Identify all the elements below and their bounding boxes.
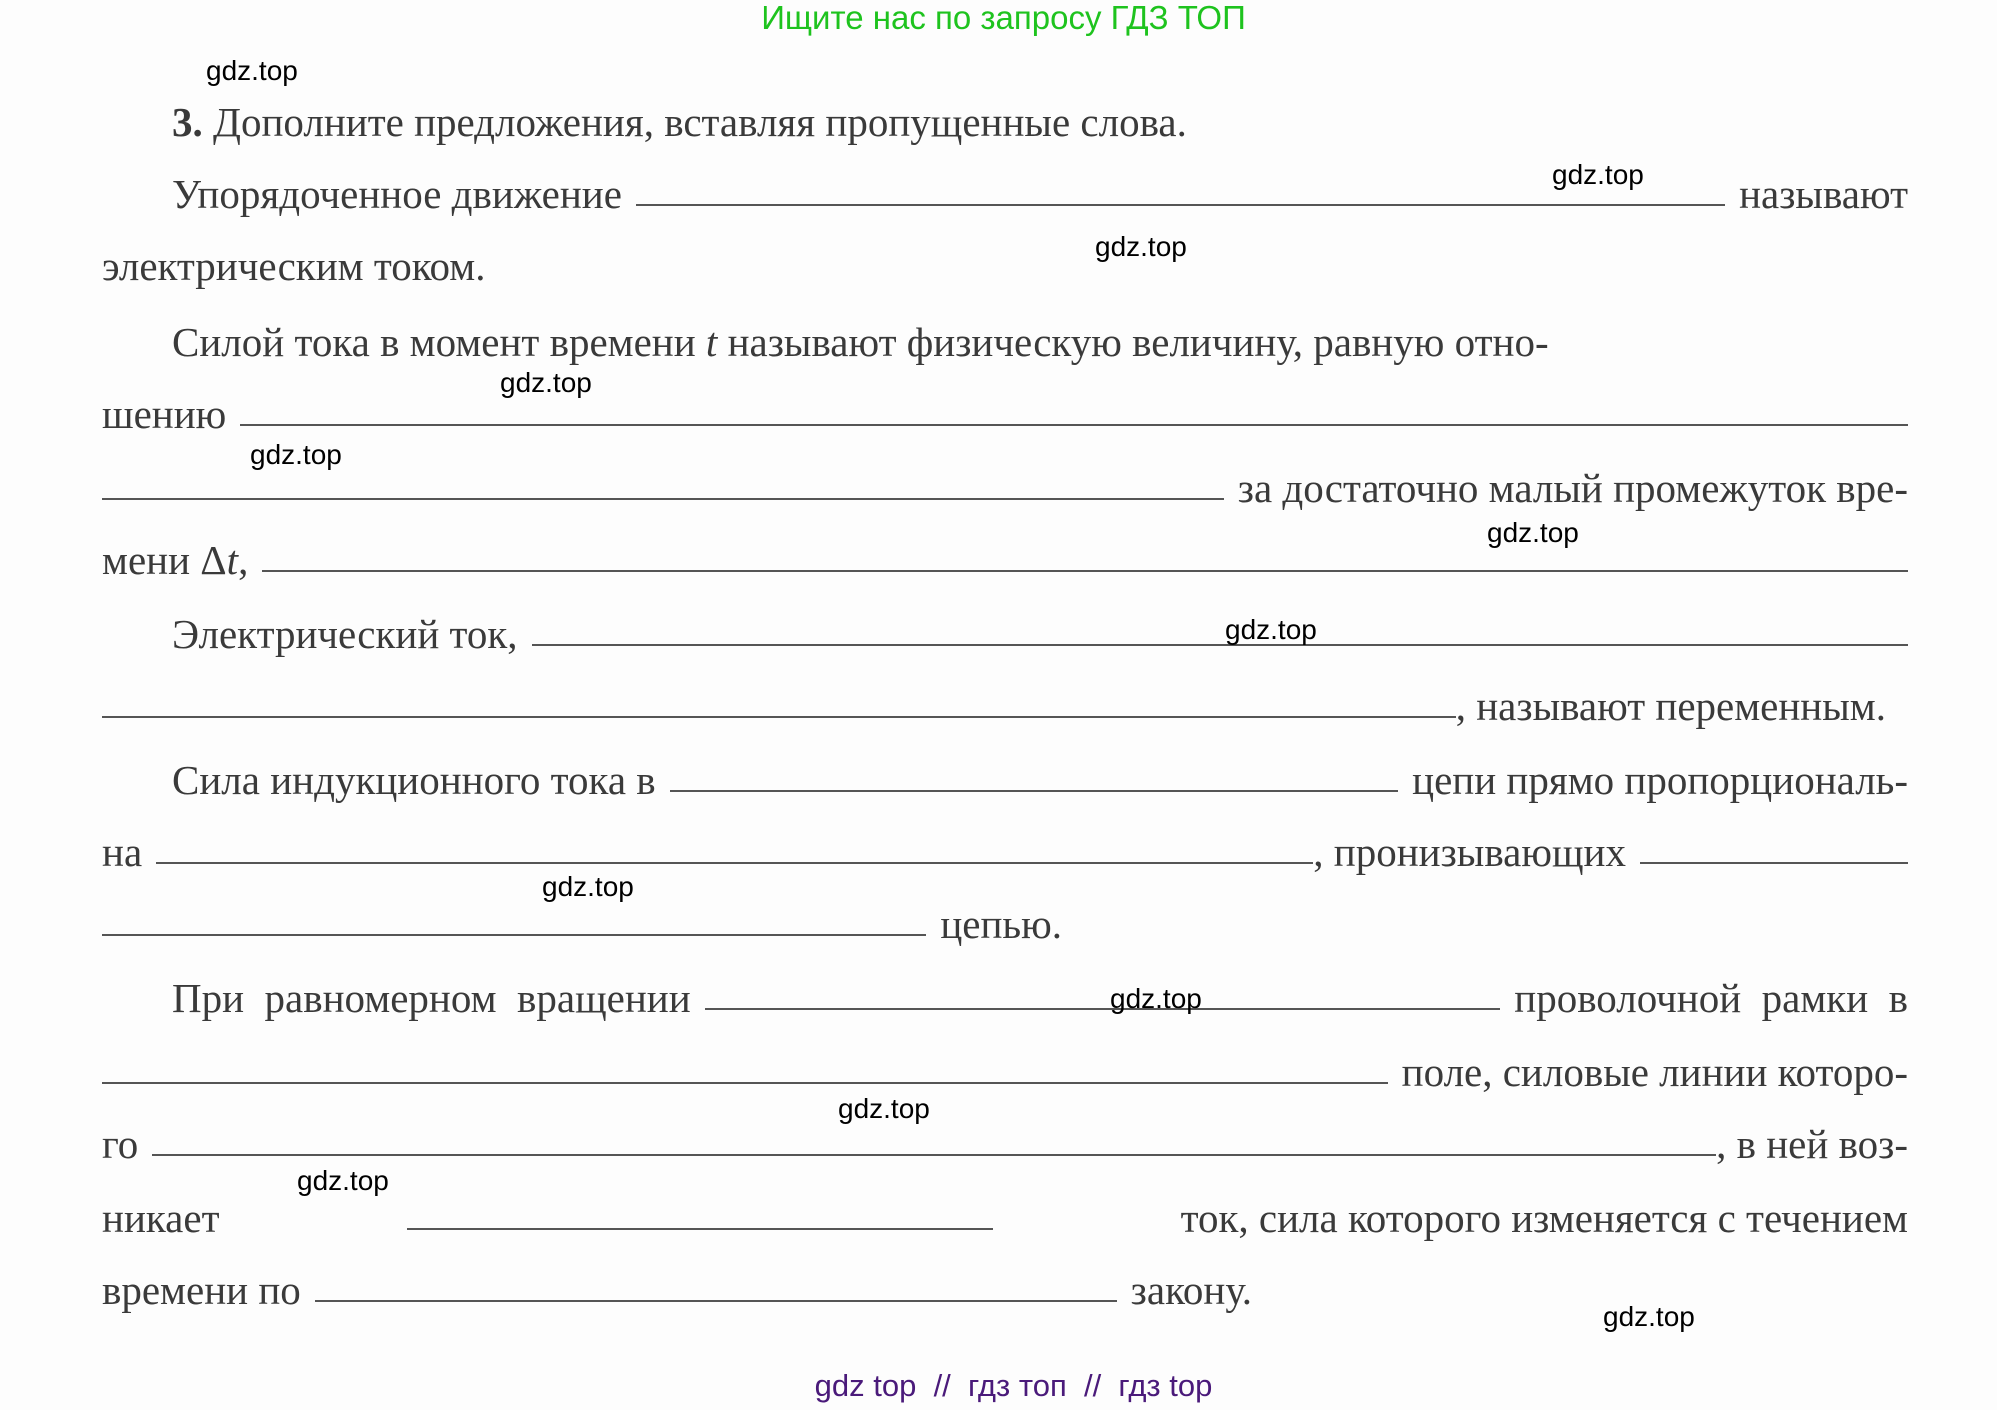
sentence-line: никает ток, сила которого изменяется с т… xyxy=(102,1190,1908,1246)
answer-blank[interactable] xyxy=(102,934,926,936)
answer-blank[interactable] xyxy=(156,862,1313,864)
task-number: 3. xyxy=(172,94,203,150)
task-instruction: Дополните предложения, вставляя пропущен… xyxy=(213,94,1187,150)
task-heading: 3. Дополните предложения, вставляя пропу… xyxy=(172,94,1912,150)
sentence-line: шению xyxy=(102,386,1908,442)
answer-blank[interactable] xyxy=(705,1008,1501,1010)
watermark: gdz.top xyxy=(206,56,298,86)
search-banner: Ищите нас по запросу ГДЗ ТОП xyxy=(0,0,1997,36)
answer-blank[interactable] xyxy=(152,1154,1716,1156)
sentence-line: на , пронизывающих xyxy=(102,824,1908,880)
sentence-line: цепью. xyxy=(102,896,1062,952)
watermark: gdz.top xyxy=(297,1166,389,1196)
watermark: gdz.top xyxy=(1487,518,1579,548)
answer-blank[interactable] xyxy=(102,716,1456,718)
sentence-line: Электрический ток, xyxy=(172,606,1908,662)
sentence-line: Сила индукционного тока в цепи прямо про… xyxy=(172,752,1908,808)
answer-blank[interactable] xyxy=(670,790,1399,792)
sentence-line: мени Δt, xyxy=(102,532,1908,588)
sentence-line: времени по закону. xyxy=(102,1262,1252,1318)
answer-blank[interactable] xyxy=(1640,862,1908,864)
watermark: gdz.top xyxy=(1110,984,1202,1014)
sentence-line: поле, силовые линии которо- xyxy=(102,1044,1908,1100)
sentence-line: за достаточно малый промежуток вре- xyxy=(102,460,1908,516)
sentence-line: го , в ней воз- xyxy=(102,1116,1908,1172)
watermark: gdz.top xyxy=(250,440,342,470)
sentence-line: При равномерном вращении проволочной рам… xyxy=(172,970,1908,1026)
watermark: gdz.top xyxy=(1552,160,1644,190)
answer-blank[interactable] xyxy=(407,1228,993,1230)
answer-blank[interactable] xyxy=(636,204,1725,206)
answer-blank[interactable] xyxy=(102,498,1224,500)
answer-blank[interactable] xyxy=(532,644,1908,646)
watermark: gdz.top xyxy=(542,872,634,902)
sentence-line: Силой тока в момент времени t называют ф… xyxy=(172,314,1908,370)
watermark: gdz.top xyxy=(838,1094,930,1124)
watermark: gdz.top xyxy=(1225,615,1317,645)
watermark: gdz.top xyxy=(1095,232,1187,262)
answer-blank[interactable] xyxy=(262,570,1908,572)
sentence-line: , называют переменным. xyxy=(102,678,1886,734)
answer-blank[interactable] xyxy=(102,1082,1388,1084)
sentence-line: Упорядоченное движение называют xyxy=(172,166,1908,222)
sentence-line: электрическим током. xyxy=(102,238,1908,294)
watermark: gdz.top xyxy=(1603,1302,1695,1332)
answer-blank[interactable] xyxy=(240,424,1908,426)
watermark: gdz.top xyxy=(500,368,592,398)
footer-banner: gdz top // гдз топ // гдз top xyxy=(0,1368,1997,1404)
answer-blank[interactable] xyxy=(315,1300,1117,1302)
